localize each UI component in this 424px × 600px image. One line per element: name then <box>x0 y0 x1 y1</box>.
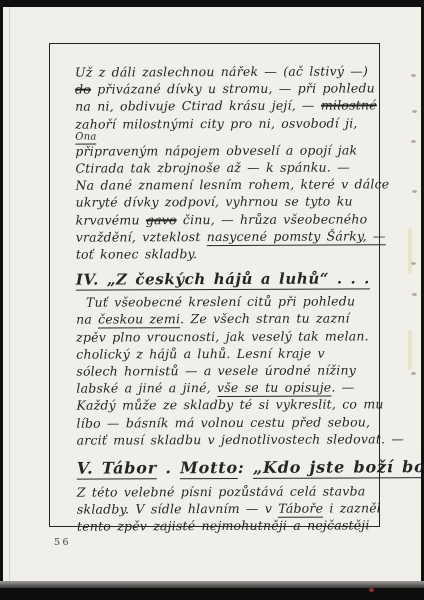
binding-hole-mark <box>411 74 416 77</box>
binding-hole-mark <box>411 262 416 265</box>
text-segment: Na dané znamení lesním rohem, které v dá… <box>75 176 389 192</box>
handwritten-line: zpěv plno vroucnosti, jak veselý tak mel… <box>76 327 373 345</box>
scanned-book-page: { "colors": { "paper": "#f1efe9", "ink":… <box>0 0 424 600</box>
text-segment: . Ze všech stran tu zazní <box>180 311 350 327</box>
handwritten-line: na ni, obdivuje Ctirad krásu její, — mil… <box>75 97 372 115</box>
binding-hole-mark <box>412 110 417 113</box>
text-segment: sólech hornistů — a vesele úrodné nížiny <box>76 362 356 378</box>
text-segment: zahoří milostnými city pro ni, osvobodí … <box>75 115 357 131</box>
text-segment: arciť musí skladbu v jednotlivostech sle… <box>77 431 405 447</box>
binding-streak <box>408 330 412 370</box>
text-segment: gavo <box>146 212 177 227</box>
handwritten-line: labské a jiné a jiné, vše se tu opisuje.… <box>76 379 373 397</box>
handwritten-line: cholický z hájů a luhů. Lesní kraje v <box>76 344 373 362</box>
text-segment: toť konec skladby. <box>76 246 198 262</box>
binding-hole-mark <box>411 372 416 375</box>
text-segment: českou zemi <box>98 312 180 329</box>
page-number: 56 <box>54 537 71 548</box>
page-hinge-line <box>9 7 10 582</box>
binding-hole-mark <box>412 190 417 193</box>
text-segment: tento zpěv zajisté nejmohutněji a nejčas… <box>77 518 370 534</box>
handwritten-line: Ctirada tak zbrojnoše až — k spánku. — <box>75 158 372 176</box>
handwritten-line: ukryté dívky zodpoví, vyhrnou se tyto ku <box>76 193 373 211</box>
handwritten-line: krvavému gavo činu, — hrůza všeobecného <box>76 210 373 228</box>
scan-bottom-shadow <box>0 581 424 588</box>
binding-streak <box>408 228 412 274</box>
handwritten-line: Tuť všeobecné kreslení citů při pohledu <box>76 293 373 311</box>
handwritten-line: Už z dáli zaslechnou nářek — (ač lstivý … <box>75 62 372 80</box>
handwritten-line: do přivázané dívky u stromu, — při pohle… <box>75 80 372 98</box>
text-segment: „Kdo jste boží bojovníci!“ <box>253 457 424 479</box>
text-segment: : <box>238 458 253 477</box>
text-segment: vše se tu opisuje <box>217 380 331 397</box>
text-segment: . — <box>331 380 354 395</box>
text-segment: i zazněl <box>323 501 381 516</box>
text-segment: nasycené pomsty Šárky, — <box>207 228 386 246</box>
binding-hole-mark <box>412 293 417 296</box>
handwritten-line: na českou zemi. Ze všech stran tu zazní <box>76 310 373 328</box>
text-segment: cholický z hájů a luhů. Lesní kraje v <box>76 345 325 361</box>
handwritten-line: toť konec skladby. <box>76 244 373 262</box>
text-segment: labské a jiné a jiné, <box>76 380 217 396</box>
text-segment: IV. „Z českých hájů a luhů“ . . . <box>76 270 370 291</box>
handwritten-line: Na dané znamení lesním rohem, které v dá… <box>75 176 372 194</box>
text-segment: ukryté dívky zodpoví, vyhrnou se tyto ku <box>76 194 353 210</box>
text-segment: zpěv plno vroucnosti, jak veselý tak mel… <box>76 328 369 344</box>
handwritten-line: sólech hornistů — a vesele úrodné nížiny <box>76 361 373 379</box>
text-segment: Už z dáli zaslechnou nářek — (ač lstivý … <box>75 63 368 79</box>
handwritten-line: připraveným nápojem obveselí a opojí jak <box>75 141 372 159</box>
text-segment: přivázané dívky u stromu, — při pohledu <box>91 81 375 97</box>
text-segment: do <box>75 82 91 97</box>
text-segment: . <box>157 458 180 477</box>
text-segment: Tuť všeobecné kreslení citů při pohledu <box>86 294 355 310</box>
handwritten-line: Z této velebné písni pozůstává celá stav… <box>77 482 374 500</box>
manuscript-body: Už z dáli zaslechnou nářek — (ač lstivý … <box>75 62 374 535</box>
text-segment: vraždění, vzteklost <box>76 229 207 245</box>
scan-bottom-edge <box>0 588 424 600</box>
heading-line: IV. „Z českých hájů a luhů“ . . . <box>76 269 373 290</box>
handwritten-line: líbo — básník má volnou cestu před sebou… <box>77 413 374 431</box>
scan-speck <box>369 588 374 592</box>
text-segment: Z této velebné písni pozůstává celá stav… <box>77 483 366 499</box>
handwritten-line: Každý může ze skladby té si vykreslit, c… <box>76 396 373 414</box>
text-segment: Ctirada tak zbrojnoše až — k spánku. — <box>75 159 349 175</box>
text-segment: připraveným nápojem obveselí a opojí jak <box>75 142 357 158</box>
binding-hole-mark <box>411 140 416 143</box>
text-segment: Táboře <box>278 501 323 518</box>
text-segment: Motto <box>180 458 238 479</box>
text-segment: krvavému <box>76 212 146 227</box>
text-segment: na <box>76 312 98 327</box>
handwritten-line: arciť musí skladbu v jednotlivostech sle… <box>77 430 374 448</box>
page-rule-frame: Už z dáli zaslechnou nářek — (ač lstivý … <box>49 43 380 527</box>
text-segment: líbo — básník má volnou cestu před sebou… <box>77 414 371 430</box>
text-segment: V. Tábor <box>77 458 157 479</box>
handwritten-line: vraždění, vzteklost nasycené pomsty Šárk… <box>76 227 373 245</box>
handwritten-line: tento zpěv zajisté nejmohutněji a nejčas… <box>77 517 374 535</box>
text-segment: na ni, obdivuje Ctirad krásu její, — <box>75 98 321 114</box>
handwritten-line: zahoří milostnými city pro ni, osvobodí … <box>75 114 372 132</box>
text-segment: skladby. V sídle hlavním — v <box>77 501 278 517</box>
text-segment: milostné <box>321 98 377 113</box>
handwritten-line: skladby. V sídle hlavním — v Táboře i za… <box>77 500 374 518</box>
text-segment: činu, — hrůza všeobecného <box>177 211 368 227</box>
paper-sheet: Už z dáli zaslechnou nářek — (ač lstivý … <box>3 7 421 582</box>
heading-line: V. Tábor . Motto: „Kdo jste boží bojovní… <box>77 456 374 479</box>
handwritten-line: Ona <box>75 131 372 141</box>
text-segment: Každý může ze skladby té si vykreslit, c… <box>76 397 383 413</box>
